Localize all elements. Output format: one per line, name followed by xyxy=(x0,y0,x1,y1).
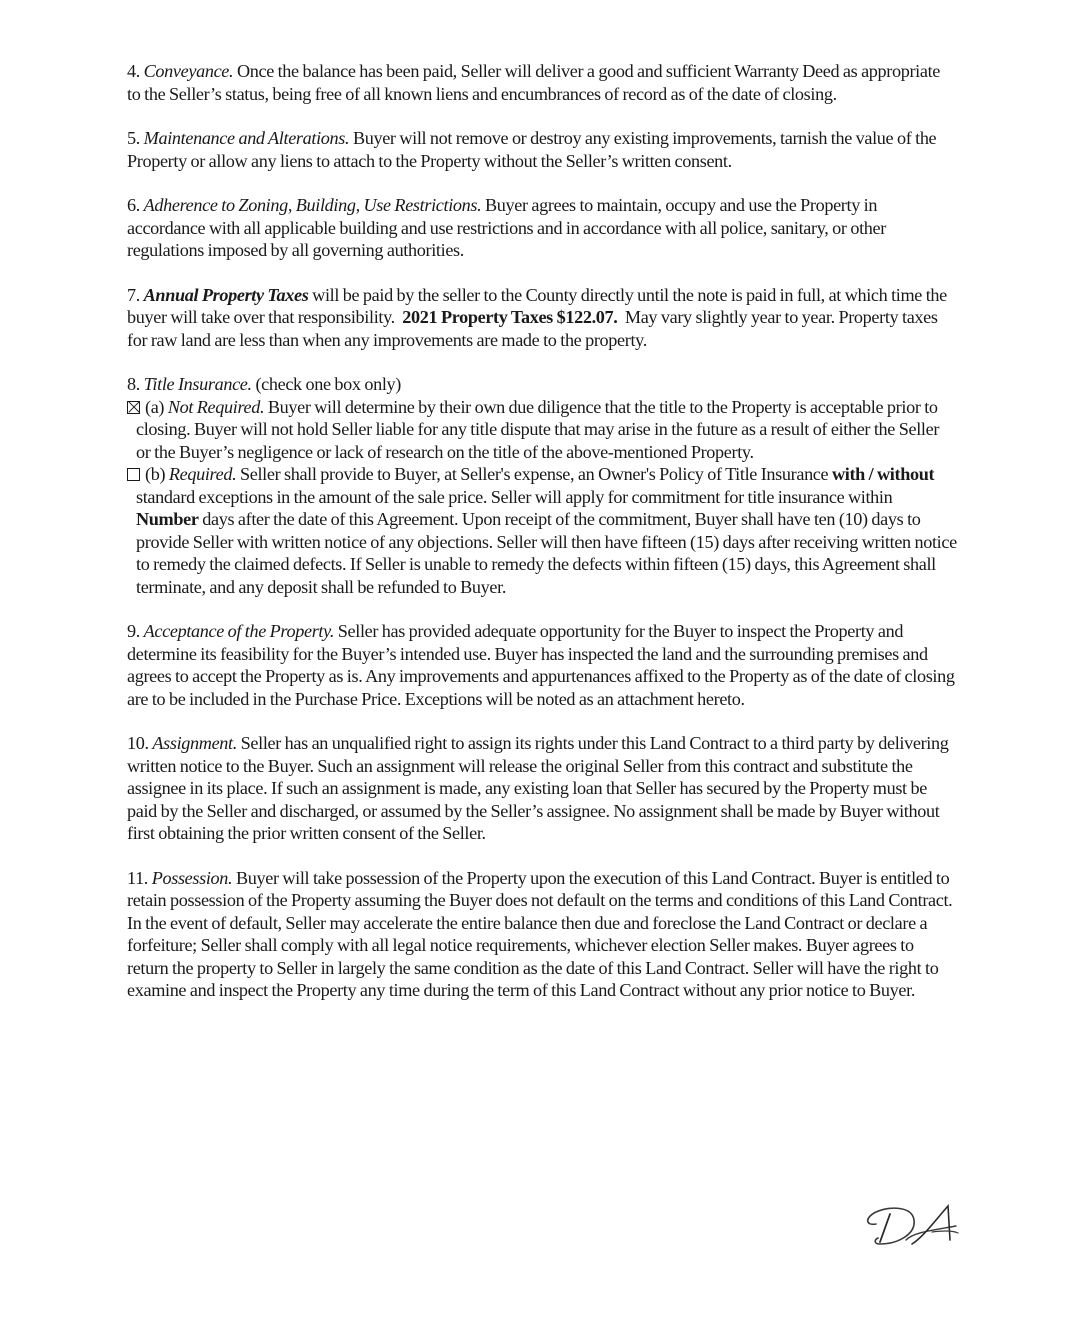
section-7-property-taxes: 7. Annual Property Taxes will be paid by… xyxy=(127,284,957,352)
section-11-possession: 11. Possession. Buyer will take possessi… xyxy=(127,867,957,1002)
document-page: 4. Conveyance. Once the balance has been… xyxy=(127,60,957,1024)
section-heading: Conveyance. xyxy=(144,61,234,81)
section-4-conveyance: 4. Conveyance. Once the balance has been… xyxy=(127,60,957,105)
section-6-zoning: 6. Adherence to Zoning, Building, Use Re… xyxy=(127,194,957,262)
section-number: 7. xyxy=(127,285,140,305)
checked-box-icon[interactable] xyxy=(127,401,140,414)
option-heading: Not Required. xyxy=(168,397,264,417)
section-number: 9. xyxy=(127,621,140,641)
tax-amount: 2021 Property Taxes $122.07. xyxy=(402,307,617,327)
section-number: 5. xyxy=(127,128,140,148)
option-label: (a) xyxy=(145,397,164,417)
section-heading: Adherence to Zoning, Building, Use Restr… xyxy=(144,195,482,215)
number-placeholder: Number xyxy=(136,509,199,529)
section-text: Once the balance has been paid, Seller w… xyxy=(127,61,940,104)
section-heading: Annual Property Taxes xyxy=(144,285,309,305)
section-9-acceptance: 9. Acceptance of the Property. Seller ha… xyxy=(127,620,957,710)
section-number: 6. xyxy=(127,195,140,215)
initials-signature-icon xyxy=(862,1200,962,1252)
section-number: 8. xyxy=(127,374,140,394)
section-text: (check one box only) xyxy=(255,374,401,394)
section-heading: Title Insurance. xyxy=(144,374,252,394)
section-text: Buyer will take possession of the Proper… xyxy=(127,868,952,1001)
option-heading: Required. xyxy=(169,464,236,484)
section-text: Seller has an unqualified right to assig… xyxy=(127,733,949,843)
section-number: 4. xyxy=(127,61,140,81)
section-heading: Assignment. xyxy=(152,733,237,753)
section-8-title-insurance: 8. Title Insurance. (check one box only)… xyxy=(127,373,957,598)
section-heading: Possession. xyxy=(152,868,233,888)
section-heading: Acceptance of the Property. xyxy=(144,621,334,641)
option-b-required: (b) Required. Seller shall provide to Bu… xyxy=(127,463,957,598)
option-label: (b) xyxy=(145,464,165,484)
option-text: standard exceptions in the amount of the… xyxy=(136,487,892,507)
section-5-maintenance: 5. Maintenance and Alterations. Buyer wi… xyxy=(127,127,957,172)
option-text: Seller shall provide to Buyer, at Seller… xyxy=(240,464,828,484)
option-text: days after the date of this Agreement. U… xyxy=(136,509,957,597)
with-without-choice: with / without xyxy=(832,464,934,484)
section-number: 10. xyxy=(127,733,149,753)
section-10-assignment: 10. Assignment. Seller has an unqualifie… xyxy=(127,732,957,845)
option-a-not-required: (a) Not Required. Buyer will determine b… xyxy=(127,396,957,464)
unchecked-box-icon[interactable] xyxy=(127,468,140,481)
section-heading: Maintenance and Alterations. xyxy=(144,128,350,148)
section-number: 11. xyxy=(127,868,148,888)
